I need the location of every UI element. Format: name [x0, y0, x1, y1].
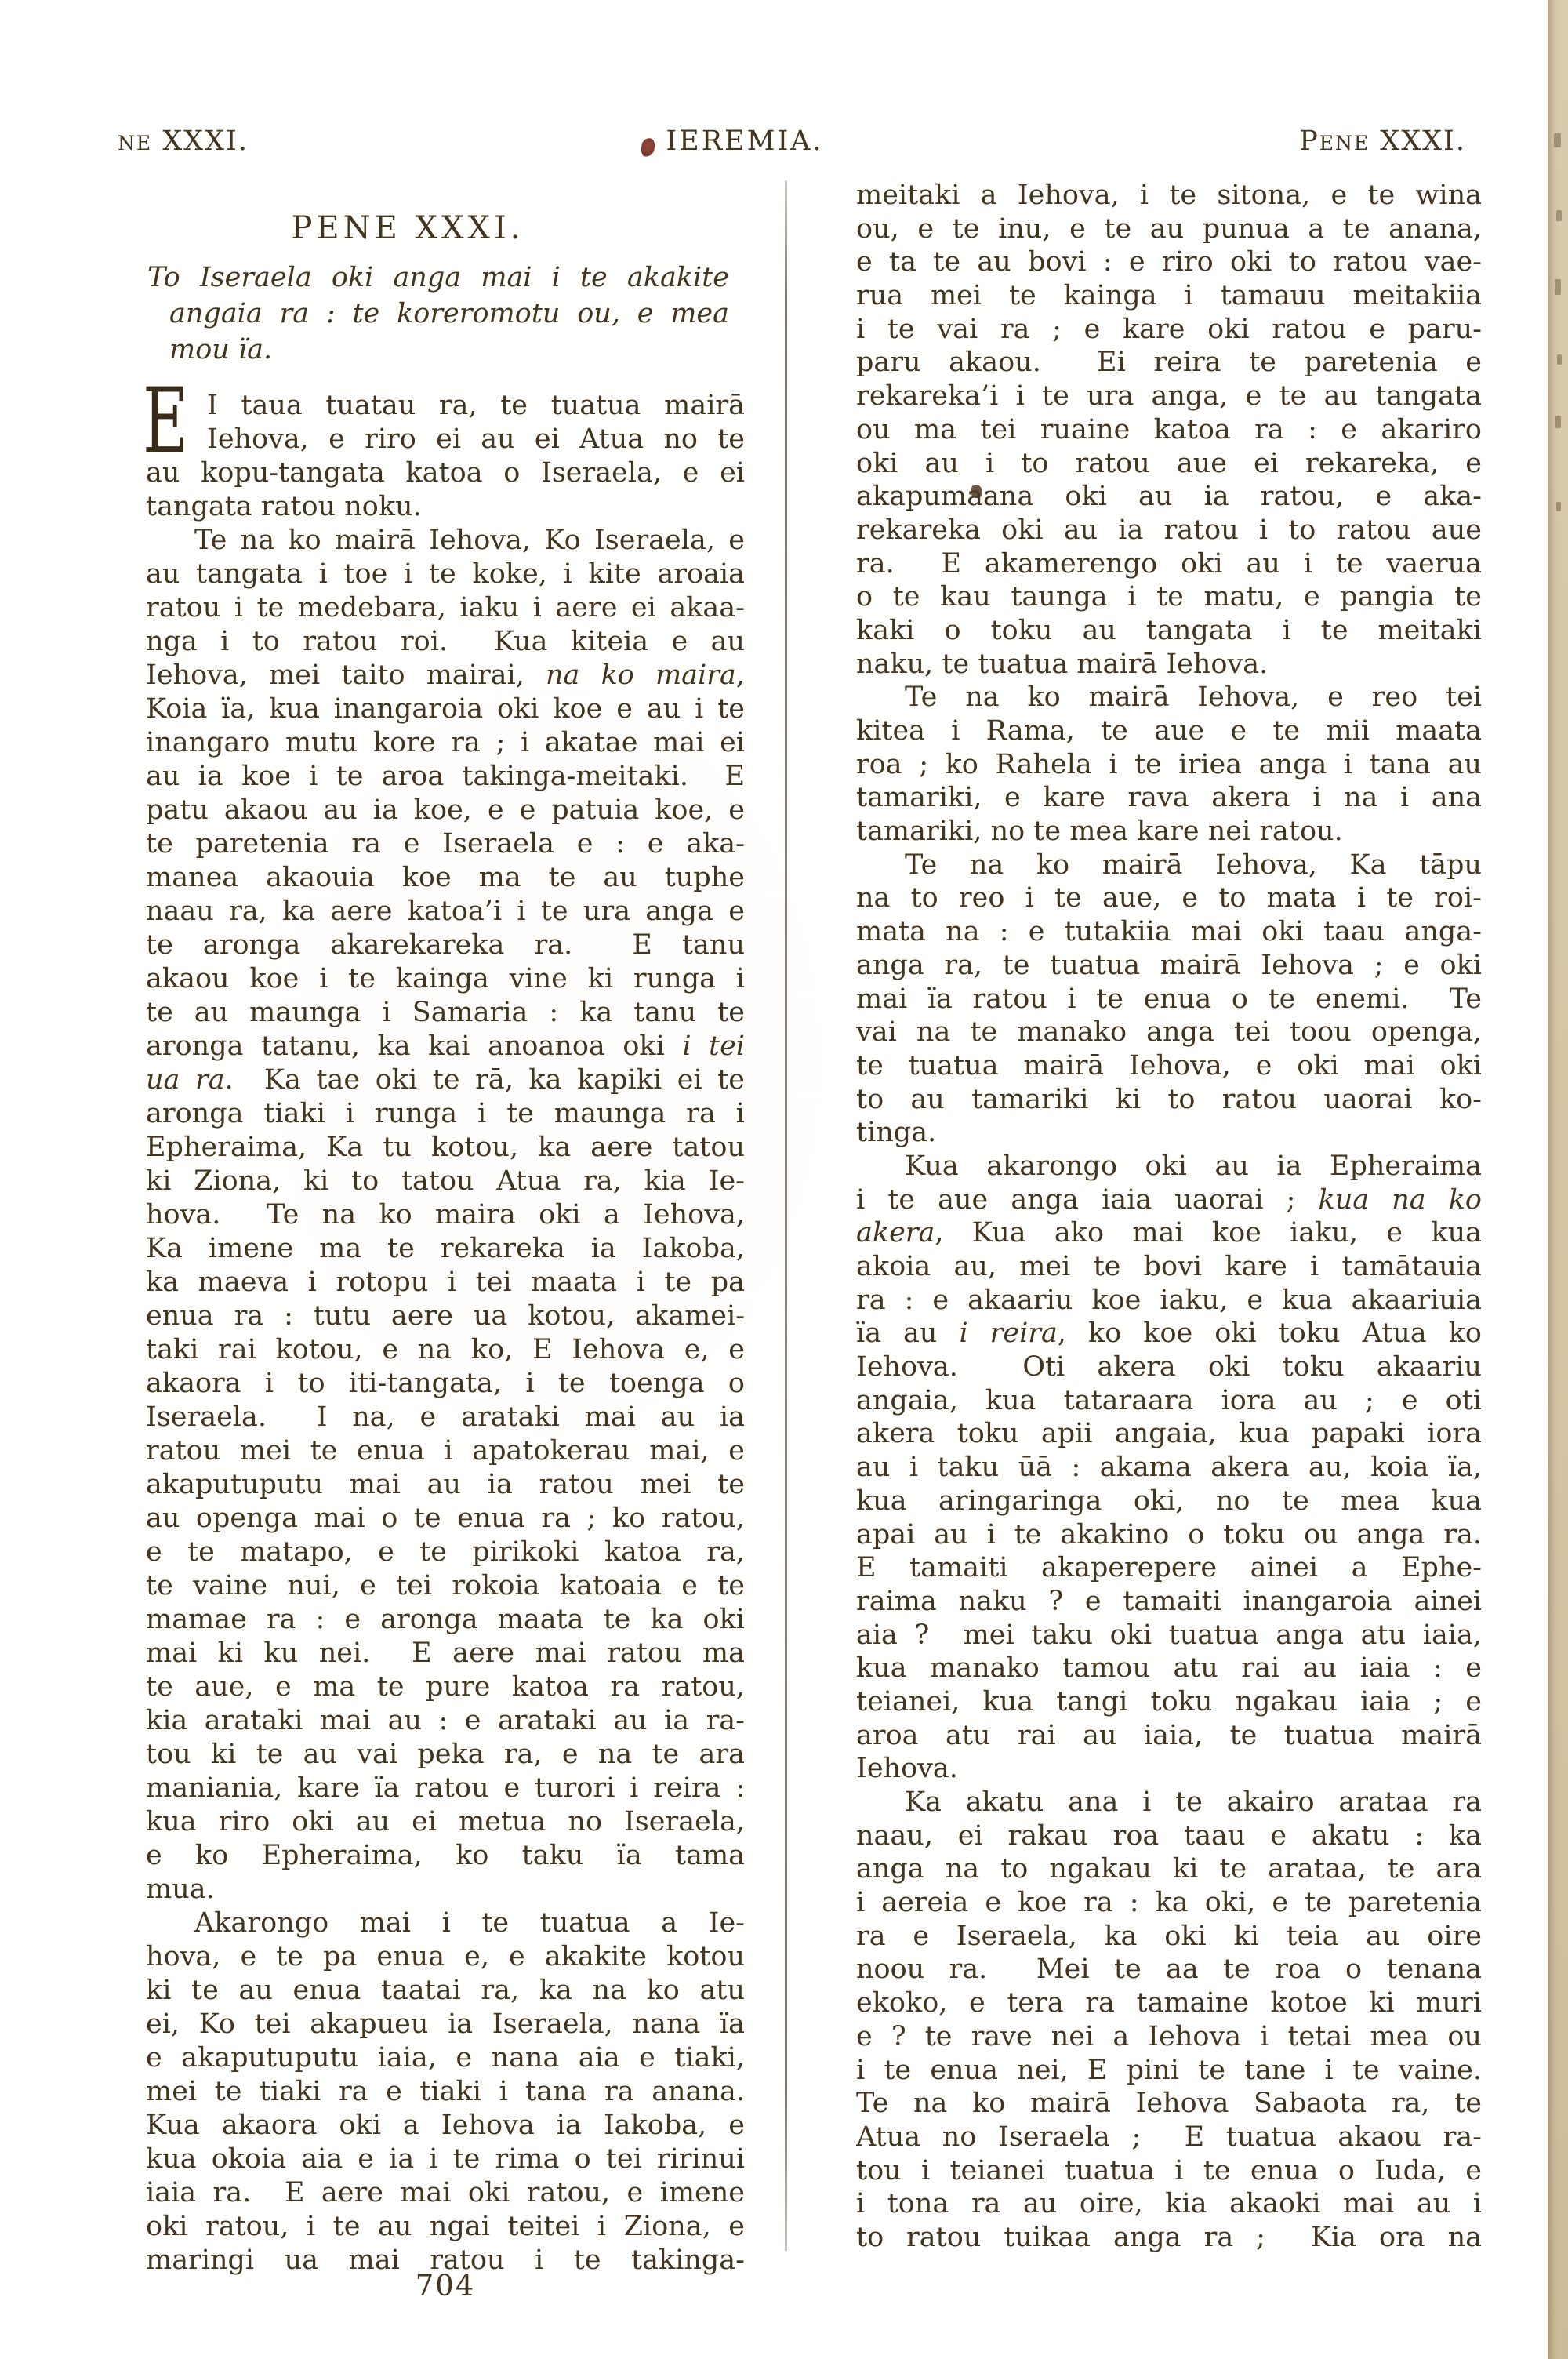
- text-line-content: taki rai kotou, e na ko, E Iehova e, e: [146, 1334, 745, 1365]
- text-line: 14ra. E akamerengo oki au i te vaerua: [856, 547, 1482, 581]
- text-line: raima naku ? e tamaiti inangaroia ainei: [856, 1585, 1482, 1619]
- next-page-edge: [1548, 0, 1568, 2359]
- text-line-content: noou ra. Mei te aa te roa o tenana: [856, 1954, 1482, 1985]
- text-line: o te kau taunga i te matu, e pangia te: [856, 580, 1482, 614]
- text-line: 9mai ki ku nei. E aere mai ratou ma: [146, 1637, 745, 1670]
- text-line: 10Akarongo mai i te tuatua a Ie-: [146, 1906, 745, 1940]
- text-line: oki au i to ratou aue ei rekareka, e: [856, 447, 1482, 481]
- text-line-content: mata na : e tutakiia mai oki taau anga-: [856, 916, 1482, 947]
- text-line-content: anga na to ngakau ki te arataa, te ara: [856, 1853, 1482, 1885]
- text-line: enua ra : tutu aere ua kotou, akamei-: [146, 1299, 745, 1333]
- text-line: Koia ïa, kua inangaroia oki koe e au i t…: [146, 692, 745, 726]
- text-line-content: ra : e akaariu koe iaku, e kua akaariuia: [856, 1285, 1482, 1316]
- text-line: Kua akaora oki a Iehova ia Iakoba, e: [146, 2109, 745, 2143]
- text-line-content: Koia ïa, kua inangaroia oki koe e au i t…: [146, 693, 745, 725]
- text-line-content: teianei, kua tangi toku ngakau iaia ; e: [856, 1686, 1482, 1717]
- text-line-content: tinga.: [856, 1117, 936, 1148]
- text-line: 20E tamaiti akaperepere ainei a Ephe-: [856, 1551, 1482, 1585]
- text-line: roa ; ko Rahela i te iriea anga i tana a…: [856, 748, 1482, 782]
- text-line: ra : e akaariu koe iaku, e kua akaariuia: [856, 1284, 1482, 1318]
- text-line-content: ki Ziona, ki to tatou Atua ra, kia Ie-: [146, 1165, 745, 1197]
- text-line: aroa atu rai au iaia, te tuatua mairā: [856, 1719, 1482, 1753]
- text-line: meitaki a Iehova, i te sitona, e te wina: [856, 179, 1482, 213]
- text-line-content: akaputuputu mai au ia ratou mei te: [146, 1469, 745, 1500]
- text-line: ka maeva i rotopu i tei maata i te pa: [146, 1266, 745, 1299]
- text-line: naku, te tuatua mairā Iehova.: [856, 648, 1482, 682]
- text-line-content: roa ; ko Rahela i te iriea anga i tana a…: [856, 749, 1482, 780]
- text-line-content: oki au i to ratou aue ei rekareka, e: [856, 448, 1482, 479]
- text-line: anga na to ngakau ki te arataa, te ara: [856, 1852, 1482, 1886]
- text-line: vai na te manako anga tei toou openga,: [856, 1016, 1482, 1049]
- text-line-content: manea akaouia koe ma te au tuphe: [146, 862, 745, 893]
- text-line-content: akoia au, mei te bovi kare i tamātauia: [856, 1251, 1482, 1282]
- text-line-content: tou ki te au vai peka ra, e na te ara: [146, 1739, 745, 1770]
- text-line-content: e ko Epheraima, ko taku ïa tama: [146, 1840, 745, 1871]
- text-line-content: te tuatua mairā Iehova, e oki mai oki: [856, 1050, 1482, 1081]
- text-line-content: apai au i te akakino o toku ou anga ra.: [856, 1519, 1482, 1550]
- edge-print-mark: [1556, 210, 1562, 221]
- text-line-content: kua riro oki au ei metua no Iseraela,: [146, 1806, 745, 1837]
- running-head-left: ne XXXI.: [118, 125, 431, 163]
- text-line-content: e ta te au bovi : e riro oki to ratou va…: [856, 246, 1482, 278]
- text-line-content: Te na ko mairā Iehova, e reo tei: [905, 682, 1482, 713]
- text-line-content: au kopu-tangata katoa o Iseraela, e ei: [146, 457, 745, 489]
- text-line-content: ou, e te inu, e te au punua a te anana,: [856, 213, 1482, 245]
- text-line-content: inangaro mutu kore ra ; i akatae mai ei: [146, 727, 745, 758]
- text-line: e ? te rave nei a Iehova i tetai mea ou: [856, 2020, 1482, 2054]
- text-line: 17mai ïa ratou i te enua o te enemi. Te: [856, 983, 1482, 1016]
- text-line: akera, Kua ako mai koe iaku, e kua: [856, 1216, 1482, 1250]
- text-line-content: kitea i Rama, te aue e te mii maata: [856, 715, 1482, 747]
- text-line: to ratou tuikaa anga ra ; Kia ora na: [856, 2221, 1482, 2255]
- text-line-content: ra. E akamerengo oki au i te vaerua: [856, 548, 1482, 580]
- text-line: rua mei te kainga i tamauu meitakiia: [856, 279, 1482, 313]
- text-line: tou i teianei tuatua i te enua o Iuda, e: [856, 2154, 1482, 2188]
- text-line-content: o te kau taunga i te matu, e pangia te: [856, 581, 1482, 612]
- text-line: mata na : e tutakiia mai oki taau anga-: [856, 915, 1482, 949]
- text-line: au tangata i toe i te koke, i kite aroai…: [146, 558, 745, 591]
- text-line: Epheraima, Ka tu kotou, ka aere tatou: [146, 1131, 745, 1165]
- running-head-title: IEREMIA.: [549, 125, 941, 163]
- text-line-content: ka maeva i rotopu i tei maata i te pa: [146, 1267, 745, 1298]
- text-line-content: ratou i te medebara, iaku i aere ei akaa…: [146, 592, 745, 623]
- text-line-content: enua ra : tutu aere ua kotou, akamei-: [146, 1300, 745, 1332]
- text-line-content: kua aringaringa oki, no te mea kua: [856, 1485, 1482, 1517]
- edge-print-mark: [1556, 502, 1561, 511]
- text-line: mei te tiaki ra e tiaki i tana ra anana.: [146, 2075, 745, 2109]
- text-line: 2Te na ko mairā Iehova, Ko Iseraela, e: [146, 524, 745, 558]
- text-line-content: kaki o toku au tangata i te meitaki: [856, 615, 1482, 646]
- text-line: tou ki te au vai peka ra, e na te ara: [146, 1738, 745, 1772]
- text-line-content: naau, ei rakau roa taau e akatu : ka: [856, 1820, 1482, 1852]
- text-line-content: rua mei te kainga i tamauu meitakiia: [856, 280, 1482, 311]
- text-line-content: Iehova. Oti akera oki toku akaariu: [856, 1351, 1482, 1383]
- text-line: naau ra, ka aere katoa’i i te ura anga e: [146, 895, 745, 929]
- text-line-content: hova. Te na ko maira oki a Iehova,: [146, 1199, 745, 1230]
- text-line: 22noou ra. Mei te aa te roa o tenana: [856, 1953, 1482, 1986]
- text-line-content: to au tamariki ki to ratou uaorai ko-: [856, 1084, 1482, 1115]
- text-line: au kopu-tangata katoa o Iseraela, e ei: [146, 456, 745, 490]
- text-line-content: Iseraela. I na, e arataki mai au ia: [146, 1401, 745, 1433]
- text-line-content: Atua no Iseraela ; E tuatua akaou ra-: [856, 2121, 1482, 2153]
- text-line-content: mua.: [146, 1874, 215, 1905]
- text-line-content: Kua akaora oki a Iehova ia Iakoba, e: [146, 2110, 745, 2141]
- text-line-content: Ka imene ma te rekareka ia Iakoba,: [146, 1233, 745, 1264]
- text-line: 12iaia ra. E aere mai oki ratou, e imene: [146, 2176, 745, 2210]
- text-line: oki ratou, i te au ngai teitei i Ziona, …: [146, 2210, 745, 2244]
- text-line: kua okoia aia e ia i te rima o tei ririn…: [146, 2143, 745, 2176]
- text-line-content: te vaine nui, e tei rokoia katoaia e te: [146, 1570, 745, 1601]
- text-line-content: te paretenia ra e Iseraela e : e aka-: [146, 828, 745, 860]
- text-line: ki Ziona, ki to tatou Atua ra, kia Ie-: [146, 1165, 745, 1198]
- text-line: aronga tiaki i runga i te maunga ra i: [146, 1097, 745, 1131]
- text-line-content: ratou mei te enua i apatokerau mai, e: [146, 1435, 745, 1467]
- text-line-content: maniania, kare ïa ratou e turori i reira…: [146, 1772, 745, 1804]
- text-line-content: i tona ra au oire, kia akaoki mai au i: [856, 2188, 1482, 2219]
- edge-print-mark: [1557, 354, 1562, 365]
- text-line: e ta te au bovi : e riro oki to ratou va…: [856, 245, 1482, 279]
- text-line-content: akapumaana oki au ia ratou, e aka-: [856, 481, 1482, 512]
- text-line: inangaro mutu kore ra ; i akatae mai ei: [146, 726, 745, 760]
- text-line-content: na to reo i te aue, e to mata i te roi-: [856, 882, 1482, 914]
- text-line: patu akaou au ia koe, e e patuia koe, e: [146, 794, 745, 827]
- left-column: E 1I taua tuatau ra, te tuatua mairāIeho…: [146, 389, 745, 2277]
- text-line-content: rekareka’i i te ura anga, e te au tangat…: [856, 380, 1482, 412]
- text-line: kua riro oki au ei metua no Iseraela,: [146, 1805, 745, 1839]
- text-line-content: te aronga akarekareka ra. E tanu: [146, 929, 745, 961]
- text-line-content: Te na ko mairā Iehova, Ka tāpu: [905, 849, 1482, 881]
- page-number: 704: [146, 2269, 745, 2303]
- text-line-content: oki ratou, i te au ngai teitei i Ziona, …: [146, 2211, 745, 2242]
- chapter-summary: To Iseraela oki anga mai i te akakite an…: [147, 260, 729, 368]
- text-line-content: iaia ra. E aere mai oki ratou, e imene: [146, 2177, 745, 2208]
- text-line-content: anga ra, te tuatua mairā Iehova ; e oki: [856, 950, 1482, 981]
- text-line-content: Ka akatu ana i te akairo arataa ra: [905, 1787, 1482, 1818]
- text-line-content: nga i to ratou roi. Kua kiteia e au: [146, 626, 745, 657]
- text-line-content: ou ma tei ruaine katoa ra : e akariro: [856, 414, 1482, 445]
- text-line: Atua no Iseraela ; E tuatua akaou ra-: [856, 2121, 1482, 2154]
- edge-print-mark: [1555, 416, 1561, 428]
- text-line-content: mei te tiaki ra e tiaki i tana ra anana.: [146, 2076, 745, 2107]
- text-line: 8Iseraela. I na, e arataki mai au ia: [146, 1401, 745, 1434]
- text-line: ou, e te inu, e te au punua a te anana,: [856, 213, 1482, 246]
- text-line: akera toku apii angaia, kua papaki iora: [856, 1417, 1482, 1451]
- text-line: 7hova. Te na ko maira oki a Iehova,: [146, 1198, 745, 1232]
- text-line-content: akaou koe i te kainga vine ki runga i: [146, 963, 745, 994]
- text-line: akapumaana oki au ia ratou, e aka-: [856, 480, 1482, 514]
- text-line: 6ua ra. Ka tae oki te rā, ka kapiki ei t…: [146, 1063, 745, 1097]
- text-line: kia arataki mai au : e arataki au ia ra-: [146, 1704, 745, 1738]
- text-line-content: meitaki a Iehova, i te sitona, e te wina: [856, 180, 1482, 211]
- text-line: e te matapo, e te pirikoki katoa ra,: [146, 1536, 745, 1569]
- text-line-content: i te enua nei, E pini te tane i te vaine…: [856, 2055, 1482, 2086]
- text-line-content: te au maunga i Samaria : ka tanu te: [146, 997, 745, 1028]
- text-line: i tona ra au oire, kia akaoki mai au i: [856, 2187, 1482, 2221]
- text-line: mamae ra : e aronga maata te ka oki: [146, 1603, 745, 1637]
- text-line-content: paru akaou. Ei reira te paretenia e: [856, 347, 1482, 378]
- text-line-content: Iehova, mei taito mairai, na ko maira,: [146, 660, 745, 691]
- text-line: 18Kua akarongo oki au ia Epheraima: [856, 1150, 1482, 1183]
- text-line: kaki o toku au tangata i te meitaki: [856, 614, 1482, 648]
- text-line: naau, ei rakau roa taau e akatu : ka: [856, 1819, 1482, 1853]
- text-line: taki rai kotou, e na ko, E Iehova e, e: [146, 1333, 745, 1367]
- text-line-content: akera, Kua ako mai koe iaku, e kua: [856, 1217, 1482, 1249]
- text-line: to au tamariki ki to ratou uaorai ko-: [856, 1083, 1482, 1117]
- column-divider-rule: [785, 180, 787, 2251]
- text-line: 11ei, Ko tei akapueu ia Iseraela, nana ï…: [146, 2008, 745, 2041]
- text-line: teianei, kua tangi toku ngakau iaia ; e: [856, 1685, 1482, 1719]
- running-head-right: Pene XXXI.: [1207, 125, 1466, 163]
- text-line-content: i aereia e koe ra : ka oki, e te pareten…: [856, 1887, 1482, 1918]
- text-line-content: i te vai ra ; e kare oki ratou e paru-: [856, 314, 1482, 345]
- text-line-content: E tamaiti akaperepere ainei a Ephe-: [856, 1552, 1482, 1583]
- text-line-content: I taua tuatau ra, te tuatua mairā: [207, 390, 745, 421]
- scanned-book-page: { "colors": { "ink": "#42341e", "paper_l…: [0, 0, 1568, 2359]
- text-line: i te vai ra ; e kare oki ratou e paru-: [856, 313, 1482, 347]
- text-line-content: kia arataki mai au : e arataki au ia ra-: [146, 1705, 745, 1736]
- text-line: 19Iehova. Oti akera oki toku akaariu: [856, 1350, 1482, 1384]
- text-line: 15Te na ko mairā Iehova, e reo tei: [856, 681, 1482, 714]
- text-line-content: te aue, e ma te pure katoa ra ratou,: [146, 1671, 745, 1703]
- text-line: maniania, kare ïa ratou e turori i reira…: [146, 1772, 745, 1805]
- text-line-content: au i taku ūā : akama akera au, koia ïa,: [856, 1452, 1482, 1483]
- text-line-content: ekoko, e tera ra tamaine kotoe ki muri: [856, 1987, 1482, 2019]
- text-line-content: kua okoia aia e ia i te rima o tei ririn…: [146, 2143, 745, 2175]
- text-line: angaia, kua tataraara iora au ; e oti: [856, 1384, 1482, 1418]
- text-line: au openga mai o te enua ra ; ko ratou,: [146, 1502, 745, 1536]
- text-line: akoia au, mei te bovi kare i tamātauia: [856, 1250, 1482, 1284]
- text-line: e akaputuputu iaia, e nana aia e tiaki,: [146, 2041, 745, 2075]
- text-line: 5te aronga akarekareka ra. E tanu: [146, 929, 745, 962]
- text-line: te au maunga i Samaria : ka tanu te: [146, 996, 745, 1030]
- text-line: i te enua nei, E pini te tane i te vaine…: [856, 2054, 1482, 2088]
- summary-line: To Iseraela oki anga mai i te akakite: [147, 260, 729, 296]
- text-line: 1I taua tuatau ra, te tuatua mairā: [146, 389, 745, 423]
- text-line: ra e Iseraela, ka oki ki teia au oire: [856, 1920, 1482, 1954]
- text-line-content: Te na ko mairā Iehova, Ko Iseraela, e: [194, 525, 745, 556]
- text-line-content: tangata ratou noku.: [146, 491, 422, 522]
- text-line-content: tamariki, no te mea kare nei ratou.: [856, 816, 1343, 847]
- text-line: aronga tatanu, ka kai anoanoa oki i tei: [146, 1030, 745, 1063]
- text-line-content: akaora i to iti-tangata, i te toenga o: [146, 1368, 745, 1399]
- text-line: ïa au i reira, ko koe oki toku Atua ko: [856, 1317, 1482, 1350]
- text-line: apai au i te akakino o toku ou anga ra.: [856, 1518, 1482, 1552]
- text-line: i aereia e koe ra : ka oki, e te pareten…: [856, 1886, 1482, 1920]
- text-line: mua.: [146, 1873, 745, 1906]
- text-line: tamariki, no te mea kare nei ratou.: [856, 815, 1482, 849]
- text-line-content: ïa au i reira, ko koe oki toku Atua ko: [856, 1318, 1482, 1349]
- text-line: kitea i Rama, te aue e te mii maata: [856, 714, 1482, 748]
- text-line: akaou koe i te kainga vine ki runga i: [146, 962, 745, 996]
- text-line-content: au tangata i toe i te koke, i kite aroai…: [146, 558, 745, 590]
- text-line-content: ua ra. Ka tae oki te rā, ka kapiki ei te: [146, 1064, 745, 1096]
- edge-print-mark: [1555, 279, 1561, 295]
- text-line: ratou i te medebara, iaku i aere ei akaa…: [146, 591, 745, 625]
- text-line: te paretenia ra e Iseraela e : e aka-: [146, 827, 745, 861]
- text-line-content: Epheraima, Ka tu kotou, ka aere tatou: [146, 1132, 745, 1163]
- text-line: au i taku ūā : akama akera au, koia ïa,: [856, 1451, 1482, 1485]
- summary-line: angaia ra : te koreromotu ou, e mea: [147, 296, 729, 332]
- text-line: tinga.: [856, 1116, 1482, 1150]
- text-line: rekareka oki au ia ratou i to ratou aue: [856, 514, 1482, 547]
- text-line: e ko Epheraima, ko taku ïa tama: [146, 1839, 745, 1873]
- text-line: i te aue anga iaia uaorai ; kua na ko: [856, 1183, 1482, 1217]
- text-line-content: to ratou tuikaa anga ra ; Kia ora na: [856, 2222, 1482, 2253]
- text-line-content: e akaputuputu iaia, e nana aia e tiaki,: [146, 2042, 745, 2074]
- text-line: ki te au enua taatai ra, ka na ko atu: [146, 1974, 745, 2008]
- text-line: aia ? mei taku oki tuatua anga atu iaia,: [856, 1619, 1482, 1652]
- text-line-content: tamariki, e kare rava akera i na i ana: [856, 782, 1482, 813]
- text-line-content: aroa atu rai au iaia, te tuatua mairā: [856, 1720, 1482, 1751]
- text-line: ekoko, e tera ra tamaine kotoe ki muri: [856, 1986, 1482, 2020]
- text-line-content: naku, te tuatua mairā Iehova.: [856, 649, 1268, 680]
- text-line: te tuatua mairā Iehova, e oki mai oki: [856, 1049, 1482, 1083]
- text-line: 3nga i to ratou roi. Kua kiteia e au: [146, 625, 745, 659]
- text-line-content: angaia, kua tataraara iora au ; e oti: [856, 1385, 1482, 1416]
- right-column: meitaki a Iehova, i te sitona, e te wina…: [856, 179, 1482, 2255]
- text-line-content: ra e Iseraela, ka oki ki teia au oire: [856, 1921, 1482, 1952]
- text-line: anga ra, te tuatua mairā Iehova ; e oki: [856, 949, 1482, 983]
- text-line: ratou mei te enua i apatokerau mai, e: [146, 1434, 745, 1468]
- summary-line: mou ïa.: [147, 332, 729, 368]
- text-line-content: kua manako tamou atu rai au iaia : e: [856, 1652, 1482, 1684]
- text-line: 13paru akaou. Ei reira te paretenia e: [856, 346, 1482, 380]
- text-line: kua aringaringa oki, no te mea kua: [856, 1485, 1482, 1518]
- text-line-content: rekareka oki au ia ratou i to ratou aue: [856, 514, 1482, 546]
- text-line-content: Kua akarongo oki au ia Epheraima: [905, 1150, 1482, 1182]
- text-line-content: akera toku apii angaia, kua papaki iora: [856, 1418, 1482, 1449]
- text-line-content: Iehova, e riro ei au ei Atua no te: [207, 423, 745, 455]
- text-line: 16Te na ko mairā Iehova, Ka tāpu: [856, 849, 1482, 882]
- text-line-content: Te na ko mairā Iehova Sabaota ra, te: [856, 2088, 1482, 2119]
- text-line-content: vai na te manako anga tei toou openga,: [856, 1016, 1482, 1048]
- text-line-content: i te aue anga iaia uaorai ; kua na ko: [856, 1184, 1482, 1216]
- text-line: Iehova, e riro ei au ei Atua no te: [146, 423, 745, 456]
- text-line: kua manako tamou atu rai au iaia : e: [856, 1652, 1482, 1685]
- text-line-content: au ia koe i te aroa takinga-meitaki. E: [146, 761, 745, 792]
- text-line-content: aronga tiaki i runga i te maunga ra i: [146, 1098, 745, 1129]
- text-line: akaputuputu mai au ia ratou mei te: [146, 1468, 745, 1502]
- text-line: te vaine nui, e tei rokoia katoaia e te: [146, 1569, 745, 1603]
- text-line: tangata ratou noku.: [146, 490, 745, 524]
- text-line: na to reo i te aue, e to mata i te roi-: [856, 881, 1482, 915]
- text-line: manea akaouia koe ma te au tuphe: [146, 861, 745, 895]
- text-line-content: mamae ra : e aronga maata te ka oki: [146, 1604, 745, 1635]
- text-line-content: ki te au enua taatai ra, ka na ko atu: [146, 1975, 745, 2006]
- text-line-content: Akarongo mai i te tuatua a Ie-: [194, 1907, 745, 1939]
- text-line-content: aronga tatanu, ka kai anoanoa oki i tei: [146, 1030, 745, 1062]
- text-line-content: hova, e te pa enua e, e akakite kotou: [146, 1941, 745, 1972]
- text-line: 21Ka akatu ana i te akairo arataa ra: [856, 1786, 1482, 1819]
- text-line-content: tou i teianei tuatua i te enua o Iuda, e: [856, 2155, 1482, 2186]
- text-line-content: mai ïa ratou i te enua o te enemi. Te: [856, 983, 1482, 1015]
- text-line-content: raima naku ? e tamaiti inangaroia ainei: [856, 1586, 1482, 1617]
- text-line-content: e ? te rave nei a Iehova i tetai mea ou: [856, 2021, 1482, 2052]
- text-line: tamariki, e kare rava akera i na i ana: [856, 781, 1482, 815]
- text-line-content: e te matapo, e te pirikoki katoa ra,: [146, 1536, 745, 1568]
- text-line: Iehova.: [856, 1752, 1482, 1786]
- text-line-content: ei, Ko tei akapueu ia Iseraela, nana ïa: [146, 2008, 745, 2040]
- text-line-content: patu akaou au ia koe, e e patuia koe, e: [146, 794, 745, 826]
- text-line: 23Te na ko mairā Iehova Sabaota ra, te: [856, 2087, 1482, 2121]
- chapter-title: PENE XXXI.: [118, 210, 698, 246]
- text-line: 4au ia koe i te aroa takinga-meitaki. E: [146, 760, 745, 794]
- text-line-content: mai ki ku nei. E aere mai ratou ma: [146, 1637, 745, 1669]
- edge-print-mark: [1554, 133, 1561, 147]
- text-line: Ka imene ma te rekareka ia Iakoba,: [146, 1232, 745, 1266]
- text-line-content: au openga mai o te enua ra ; ko ratou,: [146, 1503, 745, 1534]
- text-line: rekareka’i i te ura anga, e te au tangat…: [856, 380, 1482, 413]
- text-line-content: aia ? mei taku oki tuatua anga atu iaia,: [856, 1619, 1482, 1651]
- text-line: te aue, e ma te pure katoa ra ratou,: [146, 1670, 745, 1704]
- text-line: ou ma tei ruaine katoa ra : e akariro: [856, 413, 1482, 447]
- text-line-content: naau ra, ka aere katoa’i i te ura anga e: [146, 896, 745, 927]
- text-line: hova, e te pa enua e, e akakite kotou: [146, 1940, 745, 1974]
- text-line: Iehova, mei taito mairai, na ko maira,: [146, 659, 745, 692]
- text-line-content: Iehova.: [856, 1753, 958, 1784]
- text-line: akaora i to iti-tangata, i te toenga o: [146, 1367, 745, 1401]
